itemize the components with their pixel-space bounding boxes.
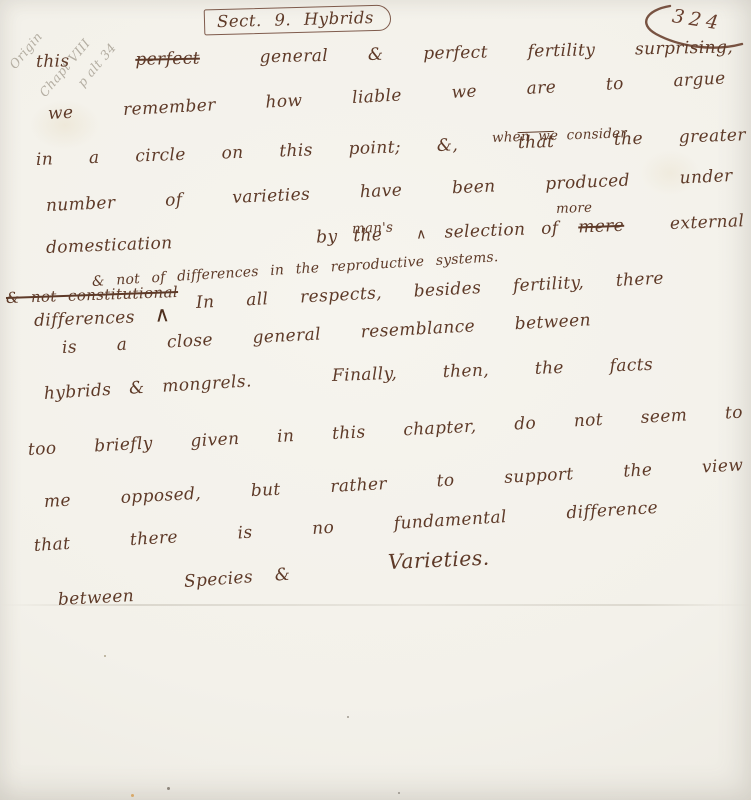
manuscript-line-2: we remember how liable we are to argue (47, 69, 726, 124)
paper-speck (167, 787, 170, 790)
manuscript-line-12c: Varieties. (387, 546, 490, 574)
line-text: the greater (614, 125, 746, 150)
fold-crease (0, 604, 751, 606)
paper-speck (347, 716, 349, 718)
paper-speck (131, 794, 134, 797)
word: this (36, 51, 70, 72)
interlinear-insertion-more: more (556, 200, 593, 217)
paper-speck (560, 287, 562, 289)
line-text: in a circle on this point; &, (36, 135, 459, 170)
manuscript-page: Origin Chapt VIII p alt 34 Sect. 9. Hybr… (0, 0, 751, 800)
section-header-label: Sect. 9. Hybrids (217, 8, 374, 31)
struck-word: perfect (135, 49, 200, 70)
caret-mark: ∧ (154, 302, 171, 327)
paper-speck (398, 792, 400, 794)
line-text: general & perfect fertility surprising, … (259, 36, 751, 68)
struck-word: mere (578, 216, 625, 238)
caret-mark: ∧ (416, 226, 427, 242)
overlined-word: that (518, 132, 555, 153)
manuscript-line-8b: Finally, then, the facts (332, 355, 654, 386)
paper-speck (104, 655, 106, 657)
section-header-box: Sect. 9. Hybrids (204, 5, 392, 36)
manuscript-line-12b: Species & (183, 565, 291, 592)
line-text: by the (316, 225, 383, 248)
line-text: selection of (444, 218, 559, 242)
manuscript-line-9: too briefly given in this chapter, do no… (27, 403, 743, 460)
manuscript-line-1: this perfect general & perfect fertility… (36, 36, 751, 72)
line-text: differences (34, 307, 135, 331)
line-text: domestication (46, 233, 173, 258)
manuscript-line-8a: hybrids & mongrels. (43, 371, 252, 404)
manuscript-line-12a: between (57, 586, 134, 610)
manuscript-line-3: in a circle on this point; &, that the g… (36, 125, 746, 170)
manuscript-line-5: domestication by the ∧ selection of mere… (46, 211, 745, 258)
manuscript-line-4: number of varieties have been produced u… (46, 166, 733, 216)
manuscript-line-6-differences: differences ∧ (34, 302, 171, 331)
line-text: external (670, 211, 745, 234)
